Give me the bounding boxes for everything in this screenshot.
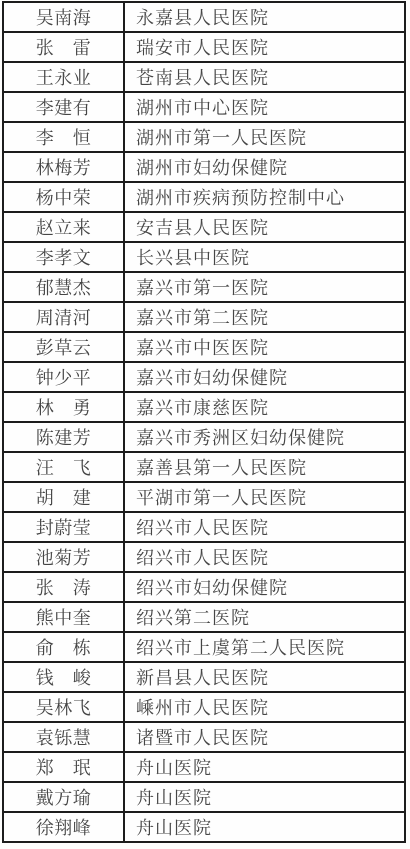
hospital-name-cell: 舟山医院 — [124, 782, 405, 812]
person-name-cell: 李 恒 — [3, 122, 124, 152]
table-row: 林梅芳 湖州市妇幼保健院 — [3, 152, 405, 182]
table-row: 张 雷 瑞安市人民医院 — [3, 32, 405, 62]
table-row: 赵立来 安吉县人民医院 — [3, 212, 405, 242]
hospital-name-cell: 绍兴市妇幼保健院 — [124, 572, 405, 602]
table-row: 俞 栋 绍兴市上虞第二人民医院 — [3, 632, 405, 662]
person-name-cell: 戴方瑜 — [3, 782, 124, 812]
hospital-name-cell: 瑞安市人民医院 — [124, 32, 405, 62]
person-name-cell: 俞 栋 — [3, 632, 124, 662]
roster-table-body: 吴南海 永嘉县人民医院 张 雷 瑞安市人民医院 王永业 苍南县人民医院 李建有 … — [3, 2, 405, 842]
hospital-name-cell: 平湖市第一人民医院 — [124, 482, 405, 512]
person-name-cell: 杨中荣 — [3, 182, 124, 212]
table-row: 林 勇 嘉兴市康慈医院 — [3, 392, 405, 422]
person-name-cell: 郑 珉 — [3, 752, 124, 782]
table-row: 吴南海 永嘉县人民医院 — [3, 2, 405, 32]
hospital-name-cell: 绍兴市上虞第二人民医院 — [124, 632, 405, 662]
table-row: 徐翔峰 舟山医院 — [3, 812, 405, 842]
person-name-cell: 林梅芳 — [3, 152, 124, 182]
person-name-cell: 吴南海 — [3, 2, 124, 32]
hospital-name-cell: 嘉兴市第二医院 — [124, 302, 405, 332]
person-name-cell: 赵立来 — [3, 212, 124, 242]
table-row: 熊中奎 绍兴第二医院 — [3, 602, 405, 632]
person-name-cell: 胡 建 — [3, 482, 124, 512]
hospital-name-cell: 嘉善县第一人民医院 — [124, 452, 405, 482]
hospital-name-cell: 绍兴市人民医院 — [124, 512, 405, 542]
table-row: 戴方瑜 舟山医院 — [3, 782, 405, 812]
person-name-cell: 彭草云 — [3, 332, 124, 362]
table-row: 陈建芳 嘉兴市秀洲区妇幼保健院 — [3, 422, 405, 452]
person-name-cell: 钱 峻 — [3, 662, 124, 692]
hospital-name-cell: 舟山医院 — [124, 752, 405, 782]
table-row: 袁铄慧 诸暨市人民医院 — [3, 722, 405, 752]
hospital-name-cell: 嘉兴市妇幼保健院 — [124, 362, 405, 392]
table-row: 杨中荣 湖州市疾病预防控制中心 — [3, 182, 405, 212]
table-row: 李孝文 长兴县中医院 — [3, 242, 405, 272]
table-row: 胡 建 平湖市第一人民医院 — [3, 482, 405, 512]
hospital-name-cell: 嘉兴市中医医院 — [124, 332, 405, 362]
person-name-cell: 郁慧杰 — [3, 272, 124, 302]
hospital-name-cell: 苍南县人民医院 — [124, 62, 405, 92]
person-name-cell: 徐翔峰 — [3, 812, 124, 842]
table-row: 钱 峻 新昌县人民医院 — [3, 662, 405, 692]
person-name-cell: 封蔚莹 — [3, 512, 124, 542]
hospital-name-cell: 新昌县人民医院 — [124, 662, 405, 692]
hospital-name-cell: 安吉县人民医院 — [124, 212, 405, 242]
person-name-cell: 池菊芳 — [3, 542, 124, 572]
person-name-cell: 汪 飞 — [3, 452, 124, 482]
roster-table: 吴南海 永嘉县人民医院 张 雷 瑞安市人民医院 王永业 苍南县人民医院 李建有 … — [2, 1, 406, 843]
table-row: 封蔚莹 绍兴市人民医院 — [3, 512, 405, 542]
table-row: 吴林飞 嵊州市人民医院 — [3, 692, 405, 722]
table-row: 池菊芳 绍兴市人民医院 — [3, 542, 405, 572]
person-name-cell: 熊中奎 — [3, 602, 124, 632]
person-name-cell: 周清河 — [3, 302, 124, 332]
table-row: 汪 飞 嘉善县第一人民医院 — [3, 452, 405, 482]
hospital-name-cell: 嵊州市人民医院 — [124, 692, 405, 722]
table-row: 李建有 湖州市中心医院 — [3, 92, 405, 122]
person-name-cell: 张 涛 — [3, 572, 124, 602]
person-name-cell: 张 雷 — [3, 32, 124, 62]
person-name-cell: 钟少平 — [3, 362, 124, 392]
roster-table-container: 吴南海 永嘉县人民医院 张 雷 瑞安市人民医院 王永业 苍南县人民医院 李建有 … — [2, 1, 406, 843]
table-row: 张 涛 绍兴市妇幼保健院 — [3, 572, 405, 602]
person-name-cell: 袁铄慧 — [3, 722, 124, 752]
table-row: 钟少平 嘉兴市妇幼保健院 — [3, 362, 405, 392]
person-name-cell: 吴林飞 — [3, 692, 124, 722]
hospital-name-cell: 湖州市中心医院 — [124, 92, 405, 122]
person-name-cell: 李孝文 — [3, 242, 124, 272]
table-row: 周清河 嘉兴市第二医院 — [3, 302, 405, 332]
hospital-name-cell: 湖州市第一人民医院 — [124, 122, 405, 152]
table-row: 郁慧杰 嘉兴市第一医院 — [3, 272, 405, 302]
table-row: 郑 珉 舟山医院 — [3, 752, 405, 782]
table-row: 李 恒 湖州市第一人民医院 — [3, 122, 405, 152]
person-name-cell: 陈建芳 — [3, 422, 124, 452]
hospital-name-cell: 湖州市疾病预防控制中心 — [124, 182, 405, 212]
hospital-name-cell: 嘉兴市第一医院 — [124, 272, 405, 302]
hospital-name-cell: 湖州市妇幼保健院 — [124, 152, 405, 182]
hospital-name-cell: 诸暨市人民医院 — [124, 722, 405, 752]
table-row: 彭草云 嘉兴市中医医院 — [3, 332, 405, 362]
person-name-cell: 王永业 — [3, 62, 124, 92]
person-name-cell: 李建有 — [3, 92, 124, 122]
hospital-name-cell: 长兴县中医院 — [124, 242, 405, 272]
table-row: 王永业 苍南县人民医院 — [3, 62, 405, 92]
hospital-name-cell: 舟山医院 — [124, 812, 405, 842]
person-name-cell: 林 勇 — [3, 392, 124, 422]
hospital-name-cell: 绍兴第二医院 — [124, 602, 405, 632]
hospital-name-cell: 绍兴市人民医院 — [124, 542, 405, 572]
hospital-name-cell: 嘉兴市秀洲区妇幼保健院 — [124, 422, 405, 452]
hospital-name-cell: 嘉兴市康慈医院 — [124, 392, 405, 422]
hospital-name-cell: 永嘉县人民医院 — [124, 2, 405, 32]
